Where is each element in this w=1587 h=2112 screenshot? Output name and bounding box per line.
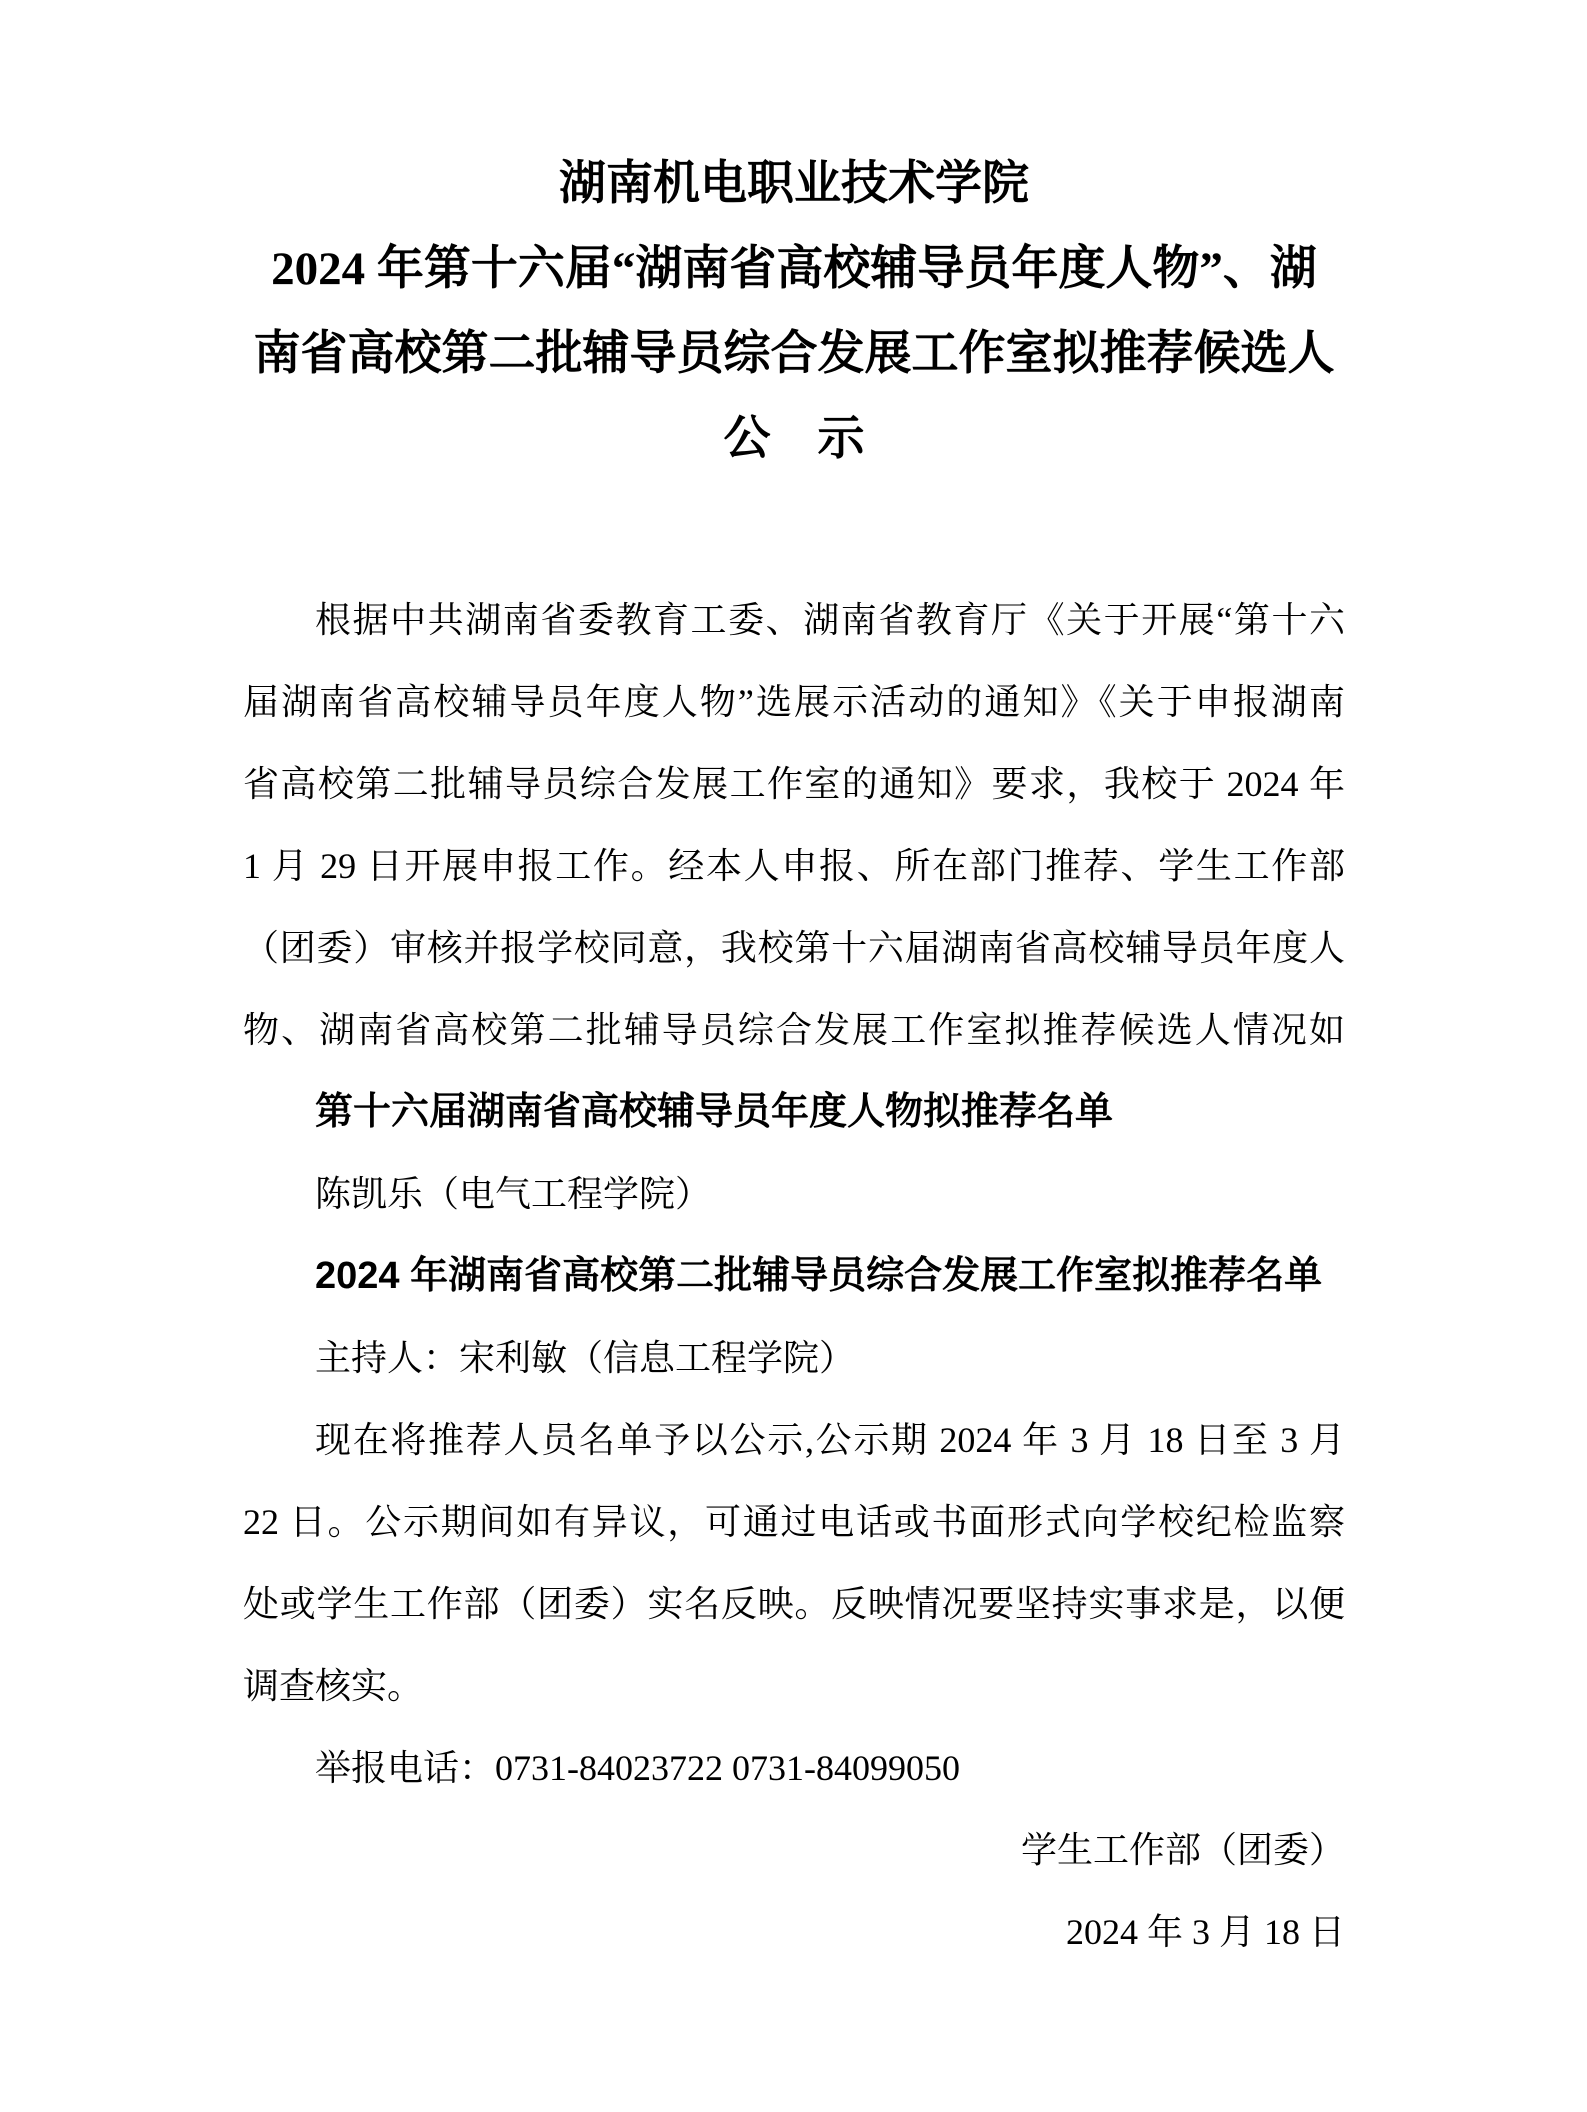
body-line: 省高校第二批辅导员综合发展工作室的通知》要求，我校于 2024 年 bbox=[243, 743, 1345, 825]
body-line: （团委）审核并报学校同意，我校第十六届湖南省高校辅导员年度人 bbox=[243, 907, 1345, 989]
signature-line: 2024 年 3 月 18 日 bbox=[243, 1891, 1345, 1973]
section-heading: 2024 年湖南省高校第二批辅导员综合发展工作室拟推荐名单 bbox=[243, 1235, 1345, 1317]
document-title: 湖南机电职业技术学院2024 年第十六届“湖南省高校辅导员年度人物”、湖南省高校… bbox=[243, 142, 1345, 482]
body-line: 1 月 29 日开展申报工作。经本人申报、所在部门推荐、学生工作部 bbox=[243, 825, 1345, 907]
document-page: 湖南机电职业技术学院2024 年第十六届“湖南省高校辅导员年度人物”、湖南省高校… bbox=[0, 0, 1587, 2112]
title-line: 公 示 bbox=[243, 397, 1345, 482]
body-line: 陈凯乐（电气工程学院） bbox=[243, 1153, 1345, 1235]
title-line: 湖南机电职业技术学院 bbox=[243, 142, 1345, 227]
signature-line: 学生工作部（团委） bbox=[243, 1809, 1345, 1891]
title-line: 南省高校第二批辅导员综合发展工作室拟推荐候选人 bbox=[243, 312, 1345, 397]
title-line: 2024 年第十六届“湖南省高校辅导员年度人物”、湖 bbox=[243, 227, 1345, 312]
body-line: 处或学生工作部（团委）实名反映。反映情况要坚持实事求是，以便 bbox=[243, 1563, 1345, 1645]
body-line: 主持人：宋利敏（信息工程学院） bbox=[243, 1317, 1345, 1399]
section-heading: 第十六届湖南省高校辅导员年度人物拟推荐名单 bbox=[243, 1071, 1345, 1153]
body-line: 届湖南省高校辅导员年度人物”选展示活动的通知》《关于申报湖南 bbox=[243, 661, 1345, 743]
body-line: 22 日。公示期间如有异议，可通过电话或书面形式向学校纪检监察 bbox=[243, 1481, 1345, 1563]
body-line: 物、湖南省高校第二批辅导员综合发展工作室拟推荐候选人情况如下： bbox=[243, 989, 1345, 1071]
body-line: 举报电话：0731-84023722 0731-84099050 bbox=[243, 1727, 1345, 1809]
body-line: 现在将推荐人员名单予以公示,公示期 2024 年 3 月 18 日至 3 月 bbox=[243, 1399, 1345, 1481]
body-line: 调查核实。 bbox=[243, 1645, 1345, 1727]
body-line: 根据中共湖南省委教育工委、湖南省教育厅《关于开展“第十六 bbox=[243, 579, 1345, 661]
document-body: 根据中共湖南省委教育工委、湖南省教育厅《关于开展“第十六届湖南省高校辅导员年度人… bbox=[243, 579, 1345, 1973]
